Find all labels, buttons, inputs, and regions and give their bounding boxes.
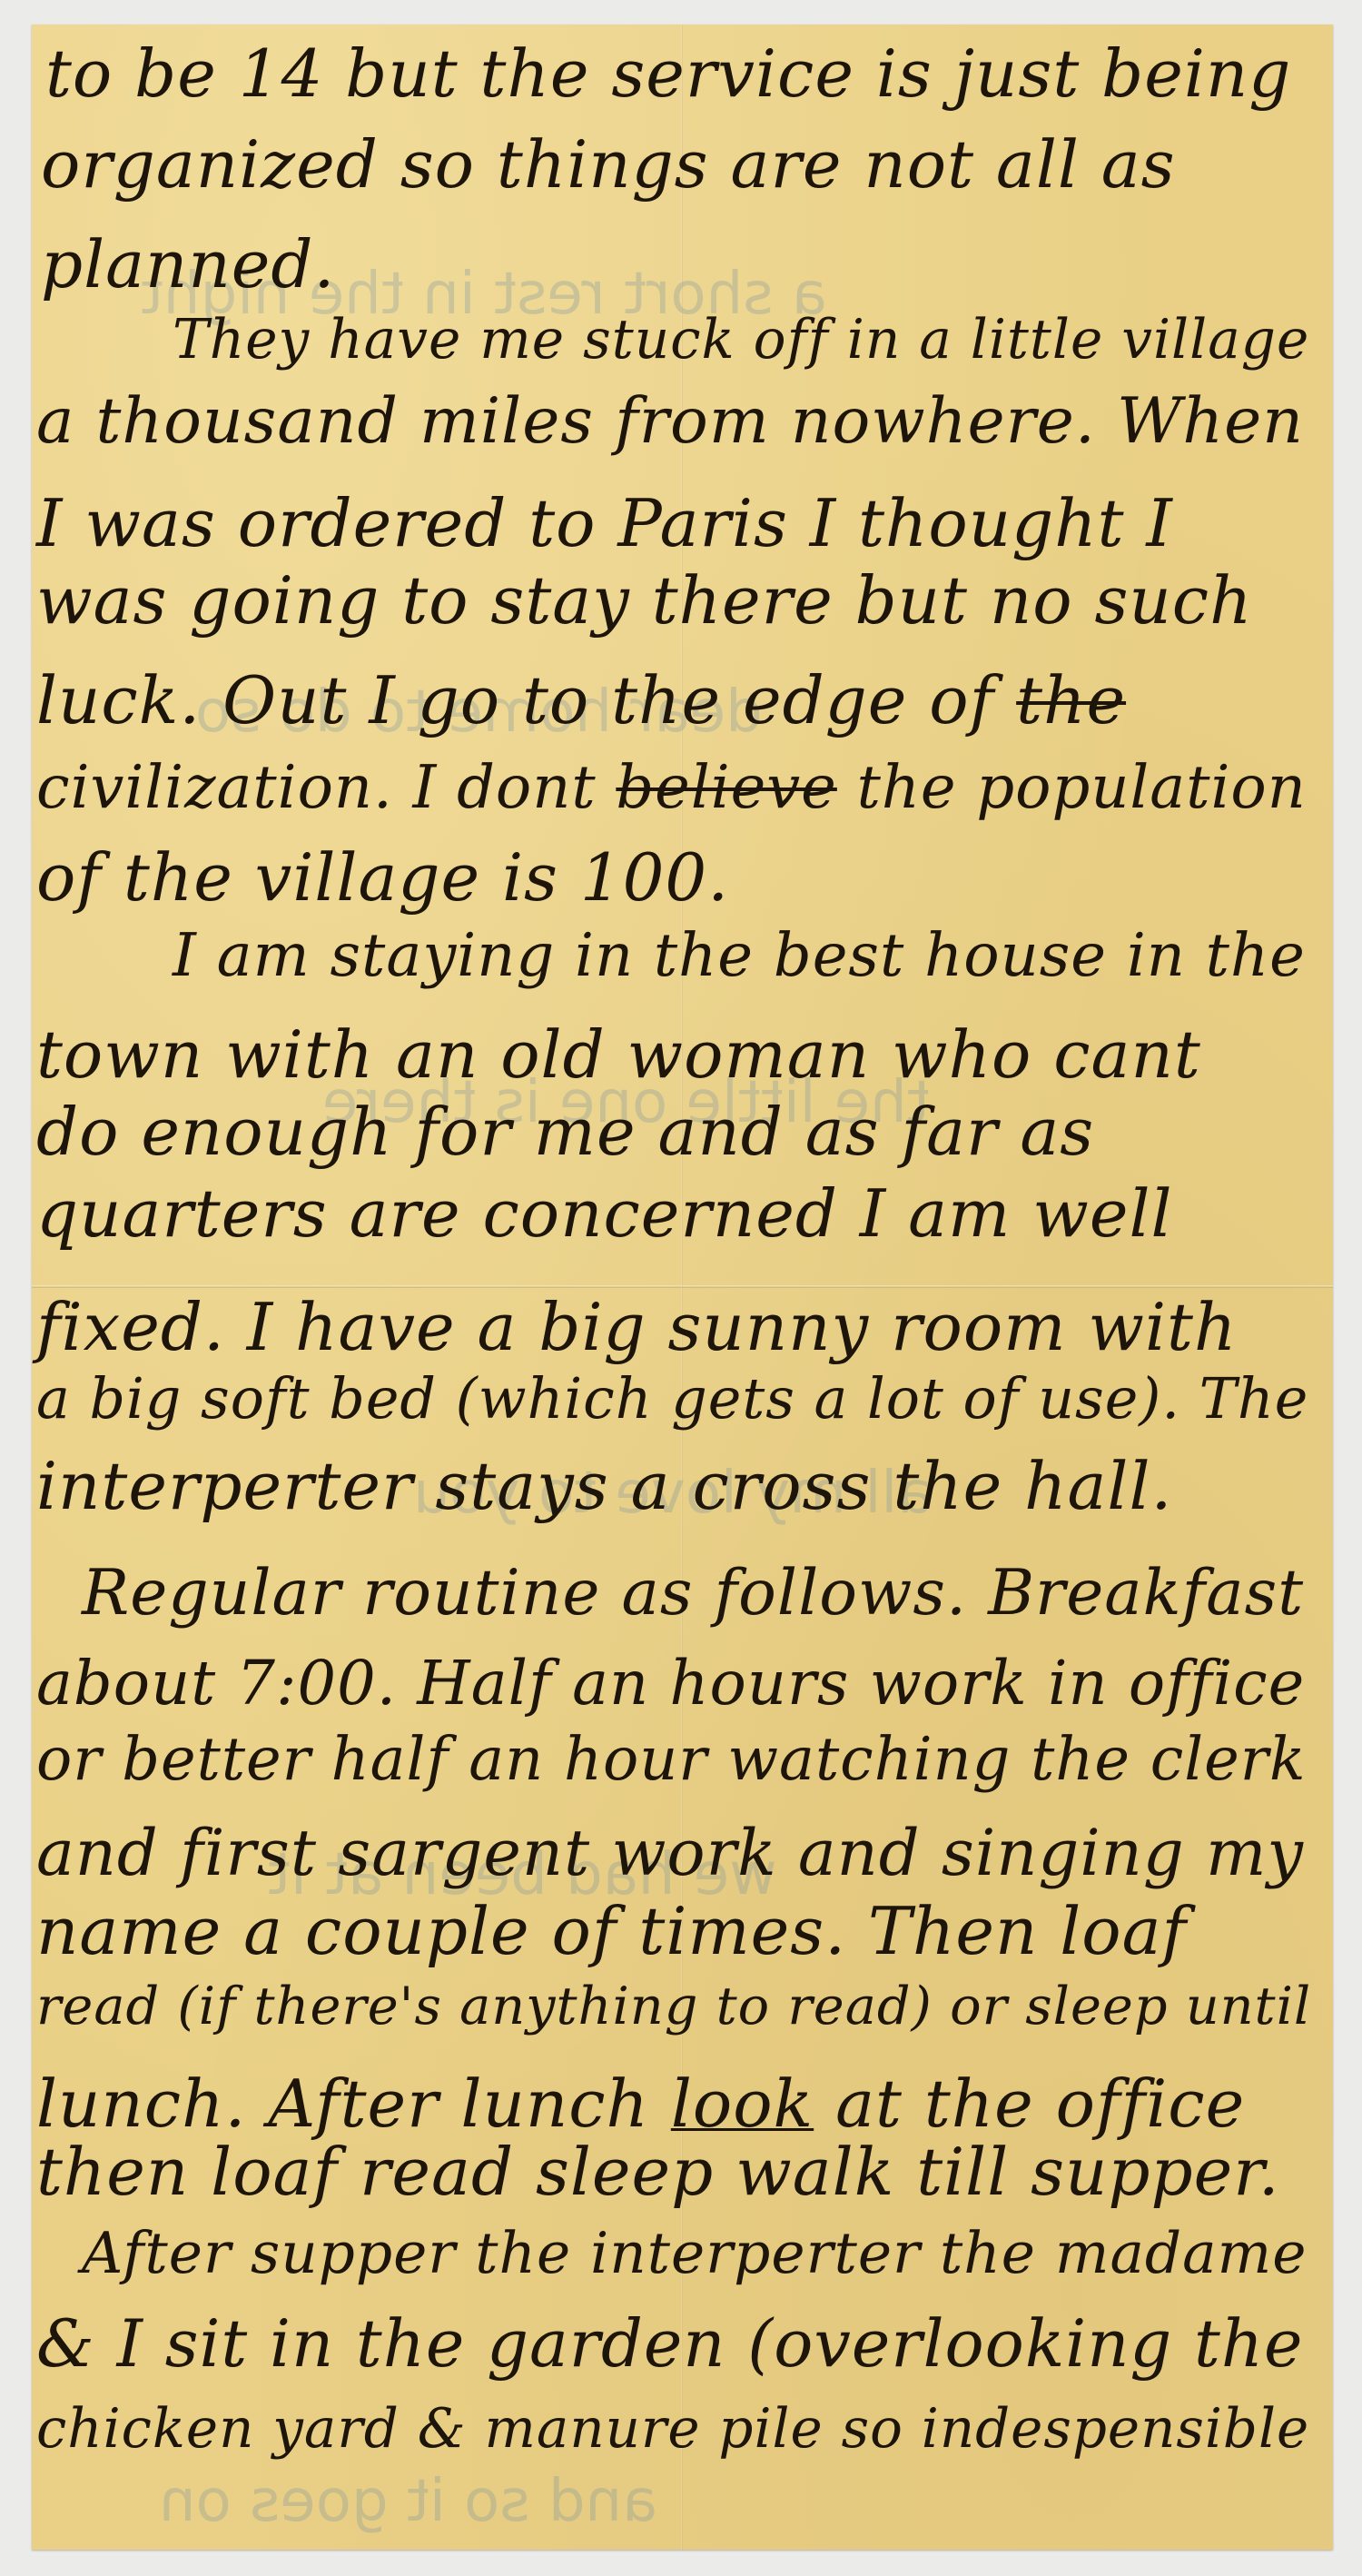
letter-line-7: was going to stay there but no such <box>36 568 1252 633</box>
letter-line-16: a big soft bed (which gets a lot of use)… <box>36 1372 1308 1428</box>
letter-line-4: They have me stuck off in a little villa… <box>173 313 1309 368</box>
letter-line-6: I was ordered to Paris I thought I <box>36 490 1173 556</box>
letter-line-24-text-b: at the office <box>814 2066 1245 2142</box>
letter-line-25: then loaf read sleep walk till supper. <box>36 2139 1280 2204</box>
letter-line-18: Regular routine as follows. Breakfast <box>82 1562 1304 1625</box>
letter-line-1: to be 14 but the service is just being <box>45 41 1291 106</box>
letter-page: a short rest in the night dear home to d… <box>32 25 1333 2550</box>
letter-line-8-text: luck. Out I go to the edge of <box>36 662 1016 738</box>
letter-line-26: After supper the interperter the madame <box>82 2225 1307 2283</box>
letter-line-20: or better half an hour watching the cler… <box>36 1730 1307 1789</box>
letter-line-17: interperter stays a cross the hall. <box>36 1453 1172 1519</box>
crossed-out-word: believe <box>616 753 837 822</box>
letter-line-23: read (if there's anything to read) or sl… <box>36 1980 1311 2032</box>
bleed-through-text: and so it goes on <box>159 2468 657 2535</box>
letter-line-10: of the village is 100. <box>36 845 729 910</box>
letter-line-13: do enough for me and as far as <box>36 1099 1094 1164</box>
letter-line-2: organized so things are not all as <box>41 132 1176 197</box>
letter-line-9: civilization. I dont believe the populat… <box>36 758 1307 817</box>
letter-line-9-text-a: civilization. I dont <box>36 753 616 822</box>
underlined-word: look <box>671 2066 814 2142</box>
letter-line-14: quarters are concerned I am well <box>36 1181 1173 1246</box>
letter-line-24-text-a: lunch. After lunch <box>36 2066 671 2142</box>
letter-line-15: fixed. I have a big sunny room with <box>36 1294 1237 1360</box>
letter-line-11: I am staying in the best house in the <box>173 926 1306 986</box>
letter-line-8: luck. Out I go to the edge of the <box>36 668 1126 733</box>
letter-line-21: and first sargent work and singing my <box>36 1821 1304 1885</box>
letter-line-28: chicken yard & manure pile so indespensi… <box>36 2403 1309 2456</box>
crossed-out-word: the <box>1016 662 1126 738</box>
letter-line-5: a thousand miles from nowhere. When <box>36 391 1304 453</box>
letter-line-12: town with an old woman who cant <box>36 1022 1201 1087</box>
letter-line-22: name a couple of times. Then loaf <box>36 1898 1187 1964</box>
letter-line-9-text-b: the population <box>837 753 1307 822</box>
letter-line-27: & I sit in the garden (overlooking the <box>36 2312 1303 2377</box>
letter-line-24: lunch. After lunch look at the office <box>36 2071 1245 2136</box>
letter-line-3: planned. <box>41 232 335 297</box>
letter-line-19: about 7:00. Half an hours work in office <box>36 1653 1305 1714</box>
